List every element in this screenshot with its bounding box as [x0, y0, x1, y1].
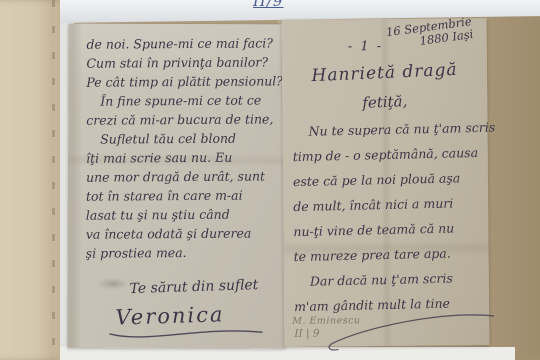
handwriting-line: Cum stai în privinţa banilor? [86, 52, 282, 72]
handwriting-line: une mor dragă de urât, sunt [86, 166, 282, 186]
signature-flourish [107, 324, 267, 343]
handwriting-line: tot în starea în care m-ai [86, 185, 282, 205]
handwriting-line: de noi. Spune-mi ce mai faci? [86, 33, 282, 53]
pencil-catalog-mark: II | 9 [294, 328, 319, 340]
handwriting-line: Pe cât timp ai plătit pensionul? [86, 71, 282, 91]
handwriting-line: crezi că mi-ar bucura de tine, [86, 109, 282, 129]
salutation-line: fetiţă, [282, 89, 488, 116]
date-block: 16 Septembrie 1880 Iaşi [385, 15, 474, 52]
handwriting-line: şi prostiea mea. [86, 242, 282, 262]
right-page-handwriting: Nu te supera că nu ţ'am scris timp de - … [292, 116, 484, 318]
letter-page-left: de noi. Spune-mi ce mai faci? Cum stai î… [67, 24, 286, 349]
salutation-line: Hanrietă dragă [282, 59, 488, 88]
left-page-handwriting: de noi. Spune-mi ce mai faci? Cum stai î… [86, 34, 283, 263]
pencil-attribution: M. Eminescu [292, 315, 360, 327]
handwriting-line: Sufletul tău cel blond [86, 128, 282, 148]
book-edge [0, 0, 66, 360]
closing-line: Te sărut din suflet [129, 277, 258, 297]
handwriting-line: va înceta odată şi durerea [86, 223, 282, 243]
letter-page-right: - 1 - 16 Septembrie 1880 Iaşi Hanrietă d… [282, 18, 490, 347]
page-number: - 1 - [348, 39, 383, 54]
handwriting-line: lasat tu şi nu ştiu când [86, 204, 282, 224]
stitching-line [52, 0, 55, 352]
handwriting-line: În fine spune-mi ce tot ce [86, 90, 282, 110]
letter-photograph: II/9 de noi. Spune-mi ce mai faci? Cum s… [0, 0, 540, 360]
handwriting-line: îţi mai scrie sau nu. Eu [86, 147, 282, 167]
archival-blue-mark: II/9 [253, 0, 283, 10]
